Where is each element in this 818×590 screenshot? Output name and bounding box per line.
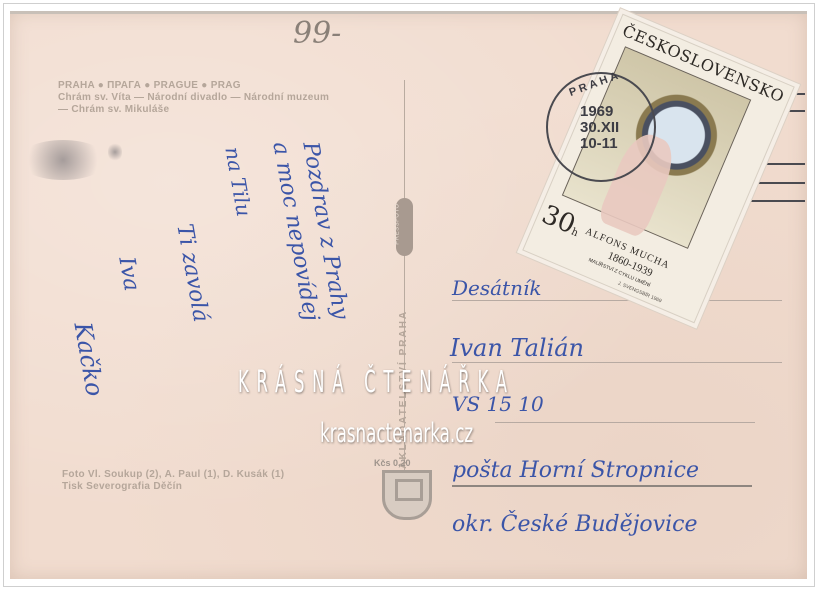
caption-line-1: Chrám sv. Víta — Národní divadlo — Národ… bbox=[58, 92, 329, 104]
print-credits: Tisk Severografia Děčín bbox=[62, 481, 284, 493]
caption-block: PRAHA ● ПРАГА ● PRAGUE ● PRAG Chrám sv. … bbox=[58, 80, 329, 116]
watermark-title: KRÁSNÁ ČTENÁŘKA bbox=[238, 365, 515, 400]
catalog-number: 99- bbox=[293, 16, 341, 51]
watermark-url: krasnactenarka.cz bbox=[320, 418, 473, 449]
caption-line-2: — Chrám sv. Mikuláše bbox=[58, 104, 329, 116]
address-rule bbox=[452, 300, 782, 301]
credits-block: Foto Vl. Soukup (2), A. Paul (1), D. Kus… bbox=[62, 469, 284, 493]
ink-smudge bbox=[18, 140, 108, 180]
address-line-rank: Desátník bbox=[452, 276, 542, 300]
address-rule bbox=[495, 422, 755, 423]
address-line-district: okr. České Budějovice bbox=[452, 512, 697, 537]
postmark-year: 1969 bbox=[580, 104, 613, 119]
postmark: PRAHA 1969 30.XII 10-11 bbox=[546, 72, 656, 182]
address-rule bbox=[452, 485, 752, 487]
price-mark: Kčs 0,20 bbox=[372, 458, 436, 520]
caption-title: PRAHA ● ПРАГА ● PRAGUE ● PRAG bbox=[58, 80, 329, 92]
postmark-time: 10-11 bbox=[580, 136, 618, 151]
address-rule bbox=[452, 362, 782, 363]
stamp-value: 30h bbox=[537, 200, 585, 243]
address-line-post: pošta Horní Stropnice bbox=[452, 458, 699, 483]
photo-credits: Foto Vl. Soukup (2), A. Paul (1), D. Kus… bbox=[62, 469, 284, 481]
postmark-date: 30.XII bbox=[580, 120, 619, 135]
tourism-emblem-icon bbox=[382, 470, 432, 520]
pressfoto-logo: PRESSFOTO bbox=[396, 198, 413, 256]
ink-smudge bbox=[108, 142, 122, 162]
address-line-name: Ivan Talián bbox=[450, 334, 584, 362]
price-label: Kčs 0,20 bbox=[374, 458, 411, 468]
